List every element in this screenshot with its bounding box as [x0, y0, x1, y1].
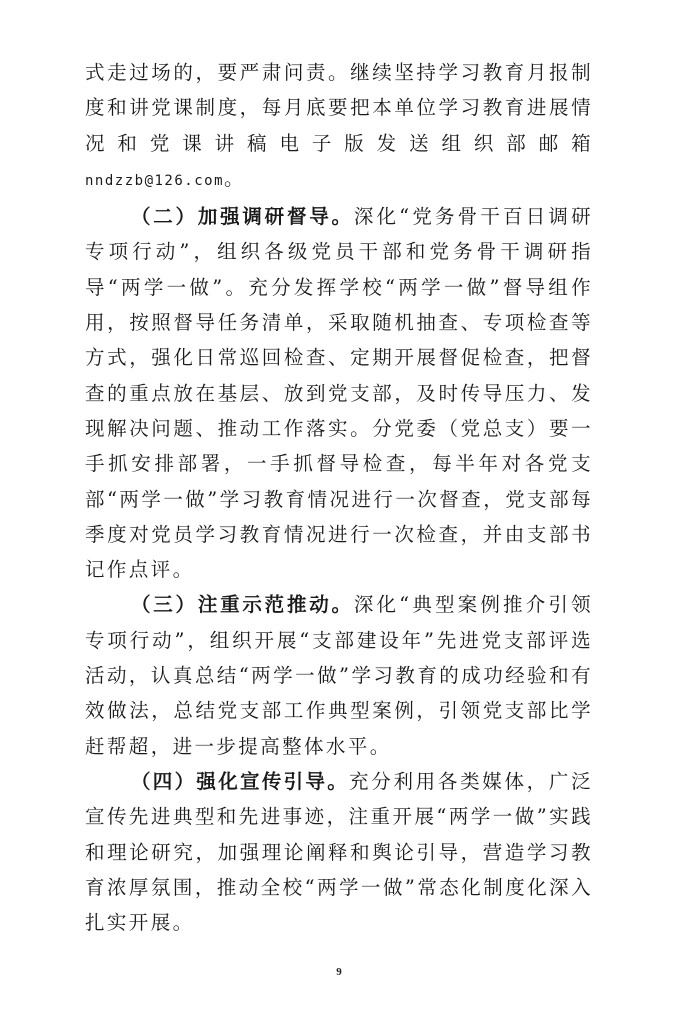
section-heading: （二）加强调研督导。	[131, 205, 354, 228]
section-demonstration: （三）注重示范推动。深化“典型案例推介引领专项行动”，组织开展“支部建设年”先进…	[85, 587, 593, 763]
section-body: 充分利用各类媒体，广泛宣传先进典型和先进事迹，注重开展“两学一做”实践和理论研究…	[85, 770, 593, 934]
body-text: 式走过场的，要严肃问责。继续坚持学习教育月报制度和讲党课制度，每月底要把本单位学…	[85, 55, 593, 940]
email-address: nndzzb@126.com	[85, 173, 224, 189]
section-body: 深化“典型案例推介引领专项行动”，组织开展“支部建设年”先进党支部评选活动，认真…	[85, 593, 593, 757]
paragraph-end: 。	[224, 167, 246, 190]
page-number: 9	[331, 966, 347, 978]
section-body: 深化“党务骨干百日调研专项行动”，组织各级党员干部和党务骨干调研指导“两学一做”…	[85, 205, 593, 581]
section-heading: （四）强化宣传引导。	[131, 770, 349, 793]
document-page: 式走过场的，要严肃问责。继续坚持学习教育月报制度和讲党课制度，每月底要把本单位学…	[0, 0, 677, 1023]
section-inspection-guidance: （二）加强调研督导。深化“党务骨干百日调研专项行动”，组织各级党员干部和党务骨干…	[85, 199, 593, 587]
section-publicity: （四）强化宣传引导。充分利用各类媒体，广泛宣传先进典型和先进事迹，注重开展“两学…	[85, 764, 593, 940]
paragraph-continued: 式走过场的，要严肃问责。继续坚持学习教育月报制度和讲党课制度，每月底要把本单位学…	[85, 55, 593, 199]
paragraph-text: 式走过场的，要严肃问责。继续坚持学习教育月报制度和讲党课制度，每月底要把本单位学…	[85, 61, 593, 155]
section-heading: （三）注重示范推动。	[131, 593, 354, 616]
